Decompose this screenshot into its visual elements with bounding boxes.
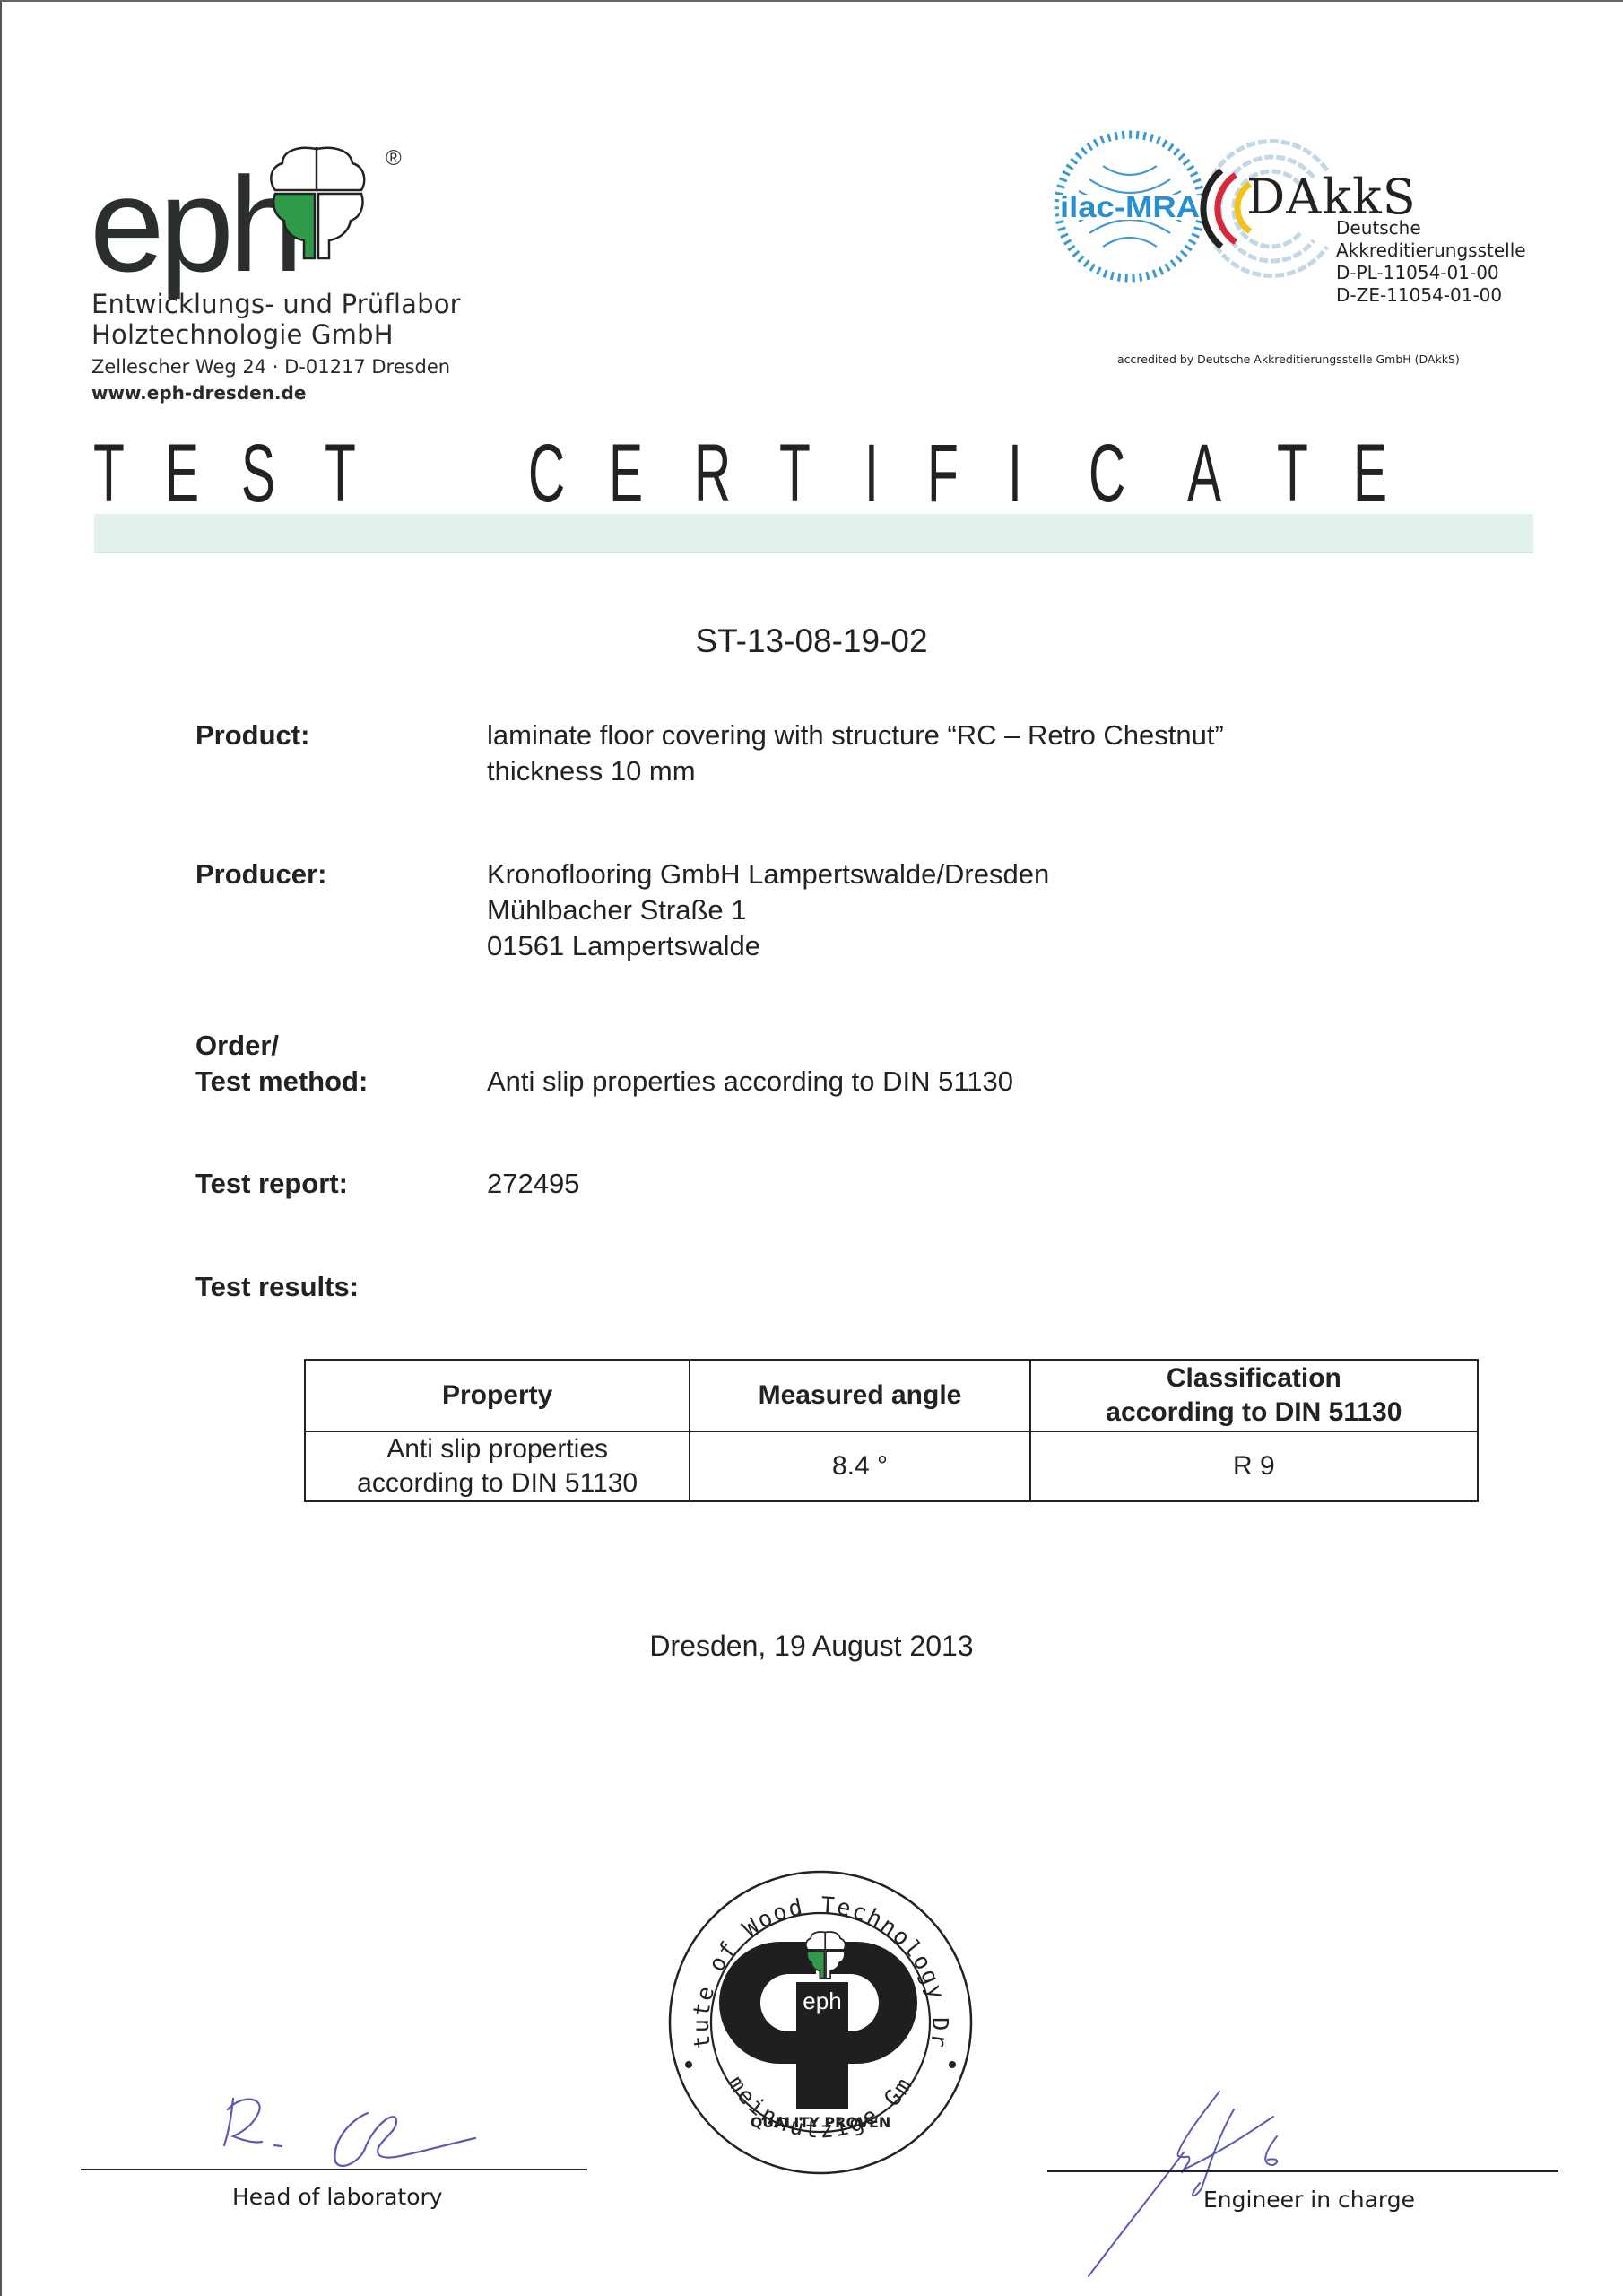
field-value: Kronoflooring GmbH Lampertswalde/Dresden… [487,857,1049,964]
registered-mark: ® [386,146,402,171]
cell-property: Anti slip properties according to DIN 51… [305,1431,690,1501]
dakks-line: Akkreditierungsstelle [1336,239,1526,262]
certificate-number: ST-13-08-19-02 [0,622,1623,660]
eph-logo: eph ® [90,139,466,291]
page-edge [0,0,1623,2]
company-block: Entwicklungs- und Prüflabor Holztechnolo… [91,289,461,405]
column-header-measured-angle: Measured angle [690,1360,1029,1431]
field-value: 272495 [487,1166,579,1202]
table-row: Anti slip properties according to DIN 51… [305,1431,1478,1501]
header-line: Measured angle [690,1378,1028,1413]
quality-seal-icon: Institute of Wood Technology Dresden gem… [664,1865,977,2179]
cell-classification: R 9 [1030,1431,1478,1501]
product-line: thickness 10 mm [487,753,1224,789]
title-underline-band [94,514,1533,553]
accreditation-number: D-PL-11054-01-00 [1336,262,1526,284]
field-label-line: Test method: [195,1064,368,1100]
title-letter: F [927,432,959,515]
field-label: Order/ Test method: [195,1028,368,1100]
company-website[interactable]: www.eph-dresden.de [91,380,461,405]
seal-quality-text: QUALITY PROVEN [751,2114,891,2131]
title-letter: I [1008,432,1022,515]
header-line: Property [306,1378,689,1413]
field-label: Producer: [195,857,326,892]
title-letter: C [1089,432,1125,515]
title-letter: S [241,432,275,515]
title-letter: E [1353,432,1387,515]
field-label: Test report: [195,1166,348,1202]
accredited-by-note: accredited by Deutsche Akkreditierungsst… [1117,352,1460,366]
company-name-line1: Entwicklungs- und Prüflabor [91,289,461,319]
title-letter: C [528,432,565,515]
cell-measured-angle: 8.4 ° [690,1431,1029,1501]
producer-line: Kronoflooring GmbH Lampertswalde/Dresden [487,857,1049,892]
signature-head-of-laboratory [206,2090,511,2170]
title-letter: T [325,432,356,515]
title-letter: E [609,432,643,515]
title-letter: T [779,432,811,515]
place-and-date: Dresden, 19 August 2013 [0,1630,1623,1663]
cell-line: according to DIN 51130 [306,1466,689,1500]
field-label-line: Order/ [195,1028,368,1064]
field-label: Test results: [195,1269,359,1305]
title-letter: T [1277,432,1308,515]
signature-engineer-in-charge [1085,2090,1309,2278]
results-table: Property Measured angle Classification a… [304,1359,1479,1502]
signature-line [81,2169,587,2170]
accreditation-number: D-ZE-11054-01-00 [1336,284,1526,307]
tree-icon [263,143,370,265]
cell-line: Anti slip properties [306,1432,689,1466]
page-title: TESTCERTIFICATE [93,432,1528,517]
title-letter: E [165,432,199,515]
column-header-classification: Classification according to DIN 51130 [1030,1360,1478,1431]
seal-eph-text: eph [803,1987,841,2014]
title-letter: T [93,432,125,515]
column-header-property: Property [305,1360,690,1431]
field-value: Anti slip properties according to DIN 51… [487,1064,1013,1100]
ilac-text: ilac-MRA [1060,190,1200,223]
title-letter: I [864,432,879,515]
ilac-mra-logo-icon: ilac-MRA [1054,130,1206,283]
title-letter: A [1187,432,1221,515]
signature-caption: Head of laboratory [232,2184,443,2210]
page-edge [0,0,2,2296]
company-name-line2: Holztechnologie GmbH [91,319,461,350]
product-line: laminate floor covering with structure “… [487,717,1224,753]
signature-line [1047,2170,1558,2172]
header-line: Classification [1031,1361,1477,1396]
signature-caption: Engineer in charge [1203,2187,1415,2213]
producer-line: Mühlbacher Straße 1 [487,892,1049,928]
title-letter: R [694,432,731,515]
field-label: Product: [195,717,309,753]
field-value: laminate floor covering with structure “… [487,717,1224,789]
table-header-row: Property Measured angle Classification a… [305,1360,1478,1431]
dakks-info: Deutsche Akkreditierungsstelle D-PL-1105… [1336,217,1526,307]
header-line: according to DIN 51130 [1031,1396,1477,1430]
company-address: Zellescher Weg 24 · D-01217 Dresden [91,353,461,380]
producer-line: 01561 Lampertswalde [487,928,1049,964]
dakks-line: Deutsche [1336,217,1526,239]
